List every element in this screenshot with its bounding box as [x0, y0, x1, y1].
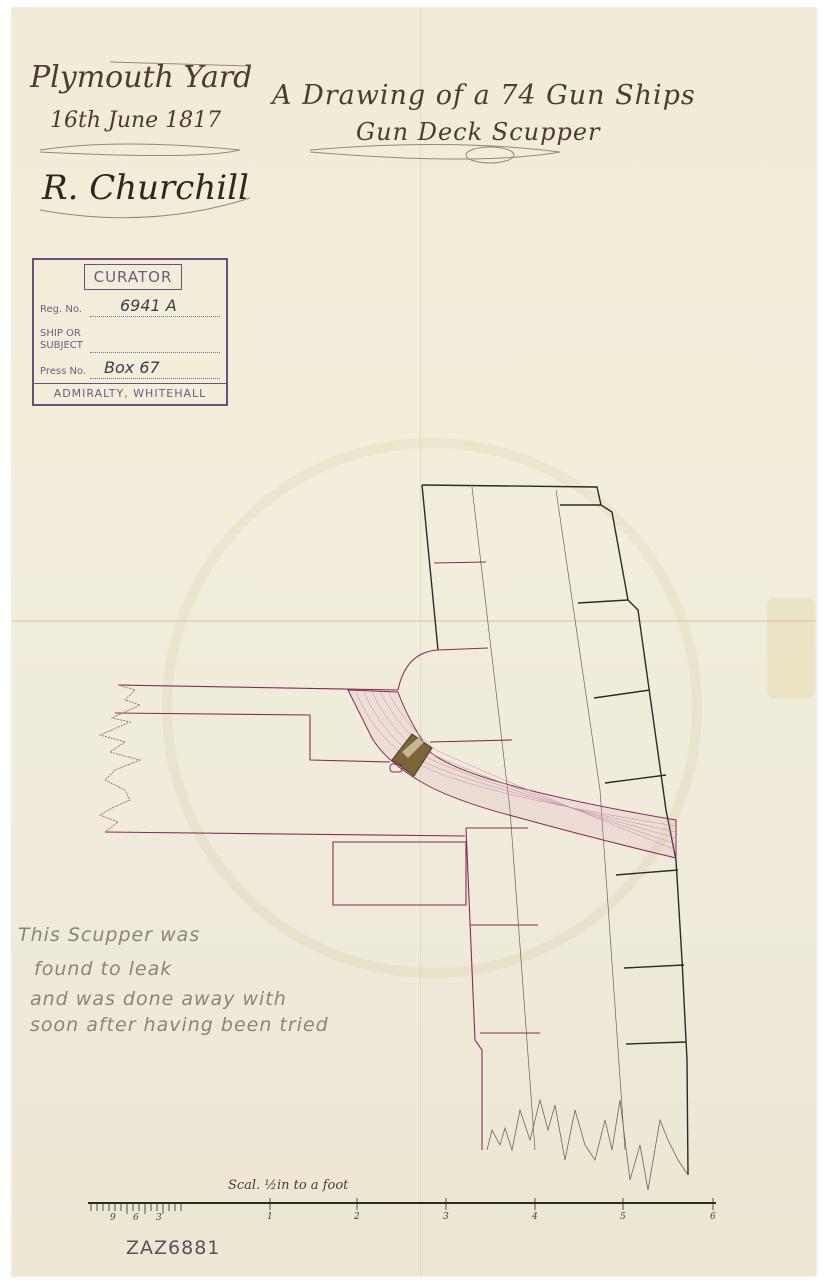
scale-tick-2: 2	[354, 1212, 360, 1222]
catalog-number: ZAZ6881	[126, 1237, 220, 1259]
flourish-lines	[40, 62, 560, 218]
torn-edge-bottom	[487, 1100, 688, 1190]
scale-tick-6: 6	[710, 1212, 716, 1222]
scale-caption: Scal. ½in to a foot	[228, 1178, 348, 1193]
scale-tick-3: 3	[443, 1212, 449, 1222]
scale-tick-5: 5	[620, 1212, 626, 1222]
scale-sub-tick-6: 6	[133, 1213, 139, 1223]
annotation-line-2: found to leak	[34, 958, 172, 980]
deck-structure-lines	[105, 562, 540, 1150]
scale-tick-4: 4	[532, 1212, 538, 1222]
scale-sub-tick-9: 9	[110, 1213, 116, 1223]
torn-edge-left	[100, 685, 140, 832]
scale-sub-tick-3: 3	[156, 1213, 162, 1223]
annotation-line-4: soon after having been tried	[30, 1014, 329, 1036]
scale-tick-1: 1	[267, 1212, 273, 1222]
scupper-drawing	[0, 0, 826, 1280]
annotation-line-1: This Scupper was	[18, 924, 200, 946]
annotation-line-3: and was done away with	[30, 988, 287, 1010]
